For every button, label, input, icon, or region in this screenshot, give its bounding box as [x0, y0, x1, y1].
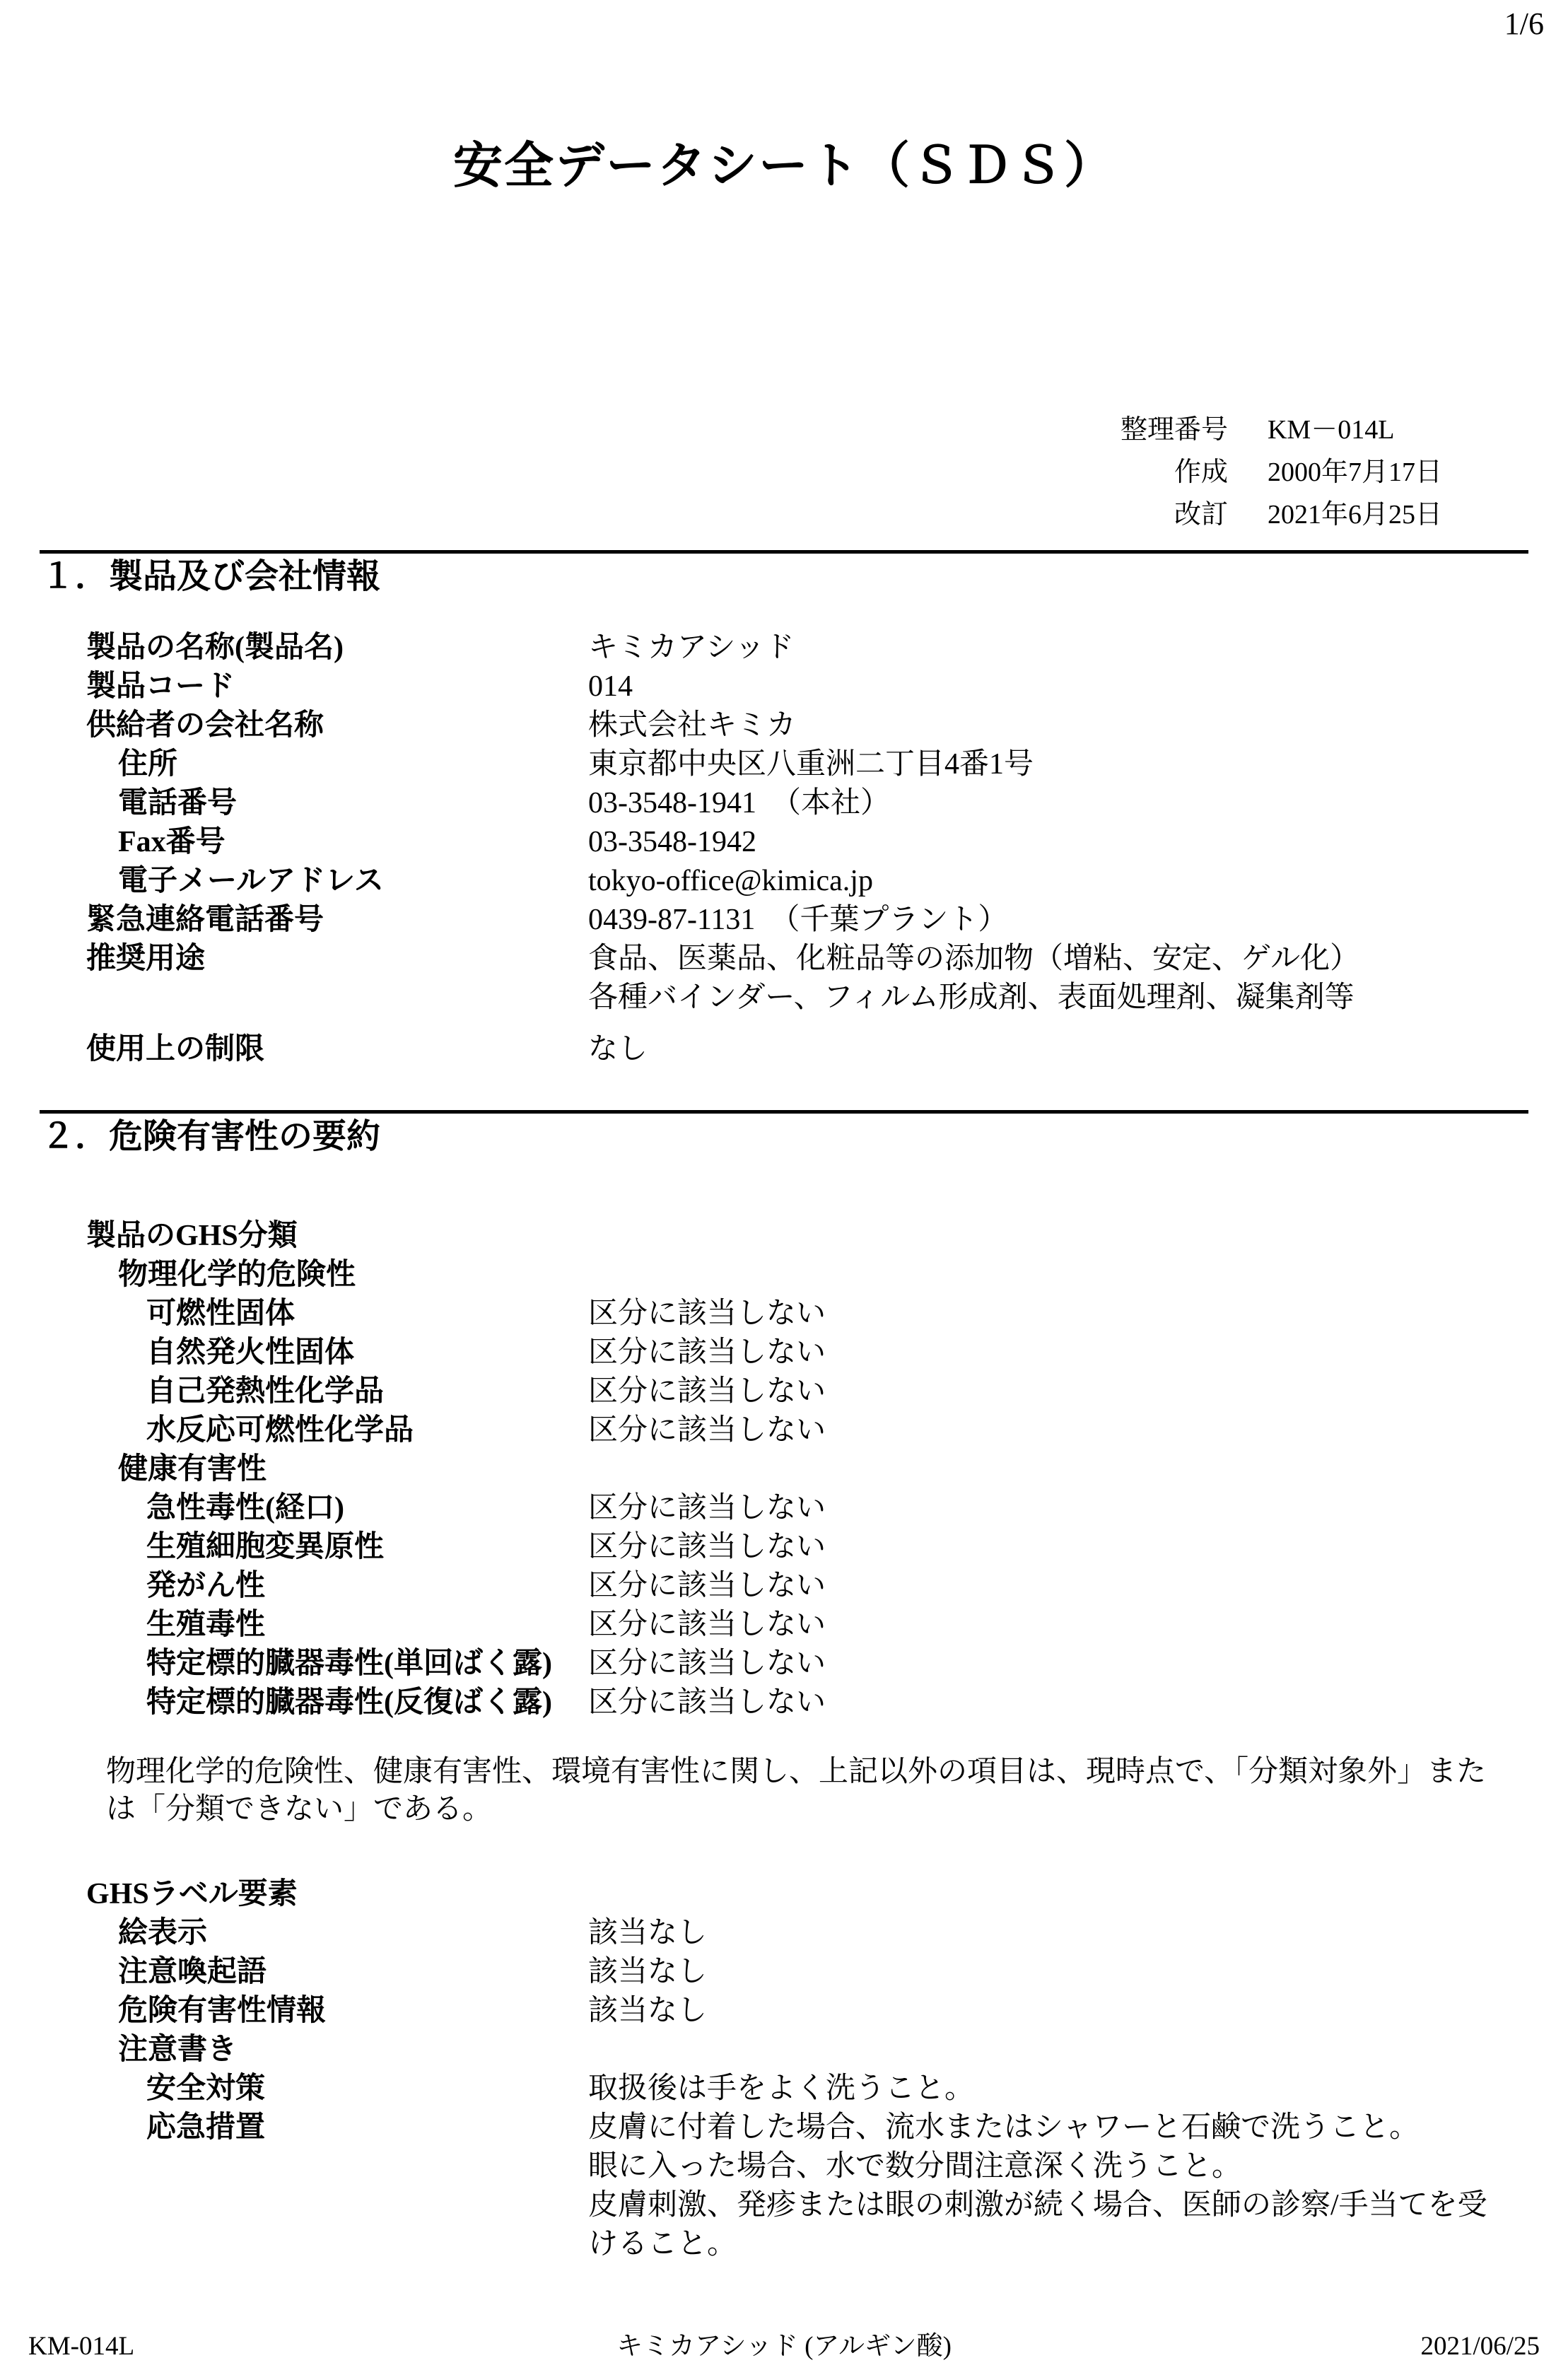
row-pyrophoric-solid: 自然発火性固体区分に該当しない	[0, 1333, 1568, 1372]
water-reactive-chemical-value: 区分に該当しない	[588, 1411, 1568, 1450]
row-carcinogenicity: 発がん性区分に該当しない	[0, 1567, 1568, 1606]
pictogram-value: 該当なし	[588, 1914, 1568, 1953]
email-label: 電子メールアドレス	[0, 862, 588, 901]
self-heating-chemical-value: 区分に該当しない	[588, 1372, 1568, 1411]
page-number: 1/6	[1504, 6, 1544, 42]
health-hazards-label: 健康有害性	[0, 1450, 588, 1489]
carcinogenicity-label: 発がん性	[0, 1567, 588, 1606]
fax-label: Fax番号	[0, 823, 588, 862]
row-flammable-solid: 可燃性固体区分に該当しない	[0, 1295, 1568, 1333]
stot-repeated-exposure-value-line: 区分に該当しない	[588, 1683, 1506, 1722]
section-1-rows: 製品の名称(製品名)キミカアシッド製品コード014供給者の会社名称株式会社キミカ…	[0, 629, 1568, 1069]
precautionary-statements-label: 注意書き	[0, 2031, 588, 2070]
acute-toxicity-oral-value: 区分に該当しない	[588, 1489, 1568, 1528]
recommended-use-value-line: 各種バインダー、フィルム形成剤、表面処理剤、凝集剤等	[588, 979, 1506, 1017]
meta-revised-label: 改訂	[1121, 494, 1228, 536]
phone-label: 電話番号	[0, 784, 588, 823]
reproductive-toxicity-label: 生殖毒性	[0, 1606, 588, 1645]
fax-value: 03-3548-1942	[588, 823, 1568, 862]
row-product-code: 製品コード014	[0, 667, 1568, 706]
row-address: 住所東京都中央区八重洲二丁目4番1号	[0, 745, 1568, 784]
row-water-reactive-chemical: 水反応可燃性化学品区分に該当しない	[0, 1411, 1568, 1450]
signal-word-value-line: 該当なし	[588, 1953, 1506, 1992]
row-prevention: 安全対策取扱後は手をよく洗うこと。	[0, 2070, 1568, 2108]
row-recommended-use: 推奨用途食品、医薬品、化粧品等の添加物（増粘、安定、ゲル化）各種バインダー、フィ…	[0, 940, 1568, 1017]
row-product-name: 製品の名称(製品名)キミカアシッド	[0, 629, 1568, 667]
document-meta-block: 整理番号 KM－014L 作成 2000年7月17日 改訂 2021年6月25日	[1121, 409, 1442, 536]
germ-cell-mutagenicity-value-line: 区分に該当しない	[588, 1528, 1506, 1567]
stot-single-exposure-value: 区分に該当しない	[588, 1645, 1568, 1683]
section-2-divider	[40, 1110, 1528, 1114]
self-heating-chemical-value-line: 区分に該当しない	[588, 1372, 1506, 1411]
acute-toxicity-oral-value-line: 区分に該当しない	[588, 1489, 1506, 1528]
ghs-label-elements-label: GHSラベル要素	[0, 1875, 588, 1914]
row-precautionary-statements: 注意書き	[0, 2031, 1568, 2070]
use-restrictions-value: なし	[588, 1030, 1568, 1069]
phone-value-line: 03-3548-1941 （本社）	[588, 784, 1506, 823]
prevention-label: 安全対策	[0, 2070, 588, 2108]
meta-created-value: 2000年7月17日	[1268, 451, 1442, 494]
health-hazards-value	[588, 1450, 1568, 1489]
stot-single-exposure-label: 特定標的臓器毒性(単回ばく露)	[0, 1645, 588, 1683]
row-first-aid: 応急措置皮膚に付着した場合、流水またはシャワーと石鹸で洗うこと。眼に入った場合、…	[0, 2108, 1568, 2264]
row-reproductive-toxicity: 生殖毒性区分に該当しない	[0, 1606, 1568, 1645]
reproductive-toxicity-value: 区分に該当しない	[588, 1606, 1568, 1645]
row-ghs-classification: 製品のGHS分類	[0, 1217, 1568, 1256]
row-pictogram: 絵表示該当なし	[0, 1914, 1568, 1953]
carcinogenicity-value-line: 区分に該当しない	[588, 1567, 1506, 1606]
physchem-hazards-label: 物理化学的危険性	[0, 1256, 588, 1295]
meta-doc-number-label: 整理番号	[1121, 409, 1228, 451]
product-code-value: 014	[588, 667, 1568, 706]
recommended-use-label: 推奨用途	[0, 940, 588, 1017]
physchem-hazards-value	[588, 1256, 1568, 1295]
row-stot-single-exposure: 特定標的臓器毒性(単回ばく露)区分に該当しない	[0, 1645, 1568, 1683]
footer-product-name: キミカアシッド (アルギン酸)	[616, 2330, 952, 2363]
water-reactive-chemical-label: 水反応可燃性化学品	[0, 1411, 588, 1450]
first-aid-value-line: 眼に入った場合、水で数分間注意深く洗うこと。	[588, 2147, 1506, 2186]
section-1-heading: １．製品及び会社情報	[41, 556, 1568, 597]
row-germ-cell-mutagenicity: 生殖細胞変異原性区分に該当しない	[0, 1528, 1568, 1567]
row-hazard-statement: 危険有害性情報該当なし	[0, 1992, 1568, 2031]
hazard-statement-label: 危険有害性情報	[0, 1992, 588, 2031]
phone-value: 03-3548-1941 （本社）	[588, 784, 1568, 823]
pyrophoric-solid-value-line: 区分に該当しない	[588, 1333, 1506, 1372]
ghs-label-elements-value	[588, 1875, 1568, 1914]
row-fax: Fax番号03-3548-1942	[0, 823, 1568, 862]
row-emergency-phone: 緊急連絡電話番号0439-87-1131 （千葉プラント）	[0, 901, 1568, 940]
water-reactive-chemical-value-line: 区分に該当しない	[588, 1411, 1506, 1450]
prevention-value-line: 取扱後は手をよく洗うこと。	[588, 2070, 1506, 2108]
ghs-classification-note: 物理化学的危険性、健康有害性、環境有害性に関し、上記以外の項目は、現時点で、「分…	[0, 1753, 1568, 1828]
row-acute-toxicity-oral: 急性毒性(経口)区分に該当しない	[0, 1489, 1568, 1528]
section-2-ghs-label-rows: GHSラベル要素絵表示該当なし注意喚起語該当なし危険有害性情報該当なし注意書き安…	[0, 1875, 1568, 2264]
ghs-classification-value	[588, 1217, 1568, 1256]
emergency-phone-label: 緊急連絡電話番号	[0, 901, 588, 940]
row-stot-repeated-exposure: 特定標的臓器毒性(反復ばく露)区分に該当しない	[0, 1683, 1568, 1722]
page-footer: KM-014L キミカアシッド (アルギン酸) 2021/06/25	[28, 2330, 1540, 2363]
section-2-heading: ２．危険有害性の要約	[41, 1116, 1568, 1157]
use-restrictions-label: 使用上の制限	[0, 1030, 588, 1069]
email-value: tokyo-office@kimica.jp	[588, 862, 1568, 901]
product-name-label: 製品の名称(製品名)	[0, 629, 588, 667]
first-aid-value-line: 皮膚刺激、発疹または眼の刺激が続く場合、医師の診察/手当てを受けること。	[588, 2186, 1506, 2264]
first-aid-value-line: 皮膚に付着した場合、流水またはシャワーと石鹸で洗うこと。	[588, 2108, 1506, 2147]
product-name-value: キミカアシッド	[588, 629, 1568, 667]
flammable-solid-value-line: 区分に該当しない	[588, 1295, 1506, 1333]
row-signal-word: 注意喚起語該当なし	[0, 1953, 1568, 1992]
section-1-divider	[40, 550, 1528, 554]
pictogram-label: 絵表示	[0, 1914, 588, 1953]
carcinogenicity-value: 区分に該当しない	[588, 1567, 1568, 1606]
prevention-value: 取扱後は手をよく洗うこと。	[588, 2070, 1568, 2108]
germ-cell-mutagenicity-value: 区分に該当しない	[588, 1528, 1568, 1567]
address-label: 住所	[0, 745, 588, 784]
product-code-value-line: 014	[588, 667, 1506, 706]
sds-document-page: 1/6 安全データシート（ＳＤＳ） 整理番号 KM－014L 作成 2000年7…	[0, 0, 1568, 2370]
self-heating-chemical-label: 自己発熱性化学品	[0, 1372, 588, 1411]
address-value: 東京都中央区八重洲二丁目4番1号	[588, 745, 1568, 784]
document-title: 安全データシート（ＳＤＳ）	[0, 0, 1568, 197]
product-code-label: 製品コード	[0, 667, 588, 706]
precautionary-statements-value	[588, 2031, 1568, 2070]
first-aid-label: 応急措置	[0, 2108, 588, 2264]
ghs-classification-label: 製品のGHS分類	[0, 1217, 588, 1256]
row-self-heating-chemical: 自己発熱性化学品区分に該当しない	[0, 1372, 1568, 1411]
recommended-use-value: 食品、医薬品、化粧品等の添加物（増粘、安定、ゲル化）各種バインダー、フィルム形成…	[588, 940, 1568, 1017]
stot-repeated-exposure-label: 特定標的臓器毒性(反復ばく露)	[0, 1683, 588, 1722]
recommended-use-value-line: 食品、医薬品、化粧品等の添加物（増粘、安定、ゲル化）	[588, 940, 1506, 979]
supplier-name-value-line: 株式会社キミカ	[588, 706, 1506, 745]
stot-single-exposure-value-line: 区分に該当しない	[588, 1645, 1506, 1683]
pyrophoric-solid-label: 自然発火性固体	[0, 1333, 588, 1372]
section-2-ghs-classification-rows: 製品のGHS分類物理化学的危険性可燃性固体区分に該当しない自然発火性固体区分に該…	[0, 1217, 1568, 1722]
email-value-line: tokyo-office@kimica.jp	[588, 862, 1506, 901]
address-value-line: 東京都中央区八重洲二丁目4番1号	[588, 745, 1506, 784]
supplier-name-label: 供給者の会社名称	[0, 706, 588, 745]
hazard-statement-value-line: 該当なし	[588, 1992, 1506, 2031]
emergency-phone-value-line: 0439-87-1131 （千葉プラント）	[588, 901, 1506, 940]
stot-repeated-exposure-value: 区分に該当しない	[588, 1683, 1568, 1722]
row-email: 電子メールアドレスtokyo-office@kimica.jp	[0, 862, 1568, 901]
pyrophoric-solid-value: 区分に該当しない	[588, 1333, 1568, 1372]
footer-doc-number: KM-014L	[28, 2330, 616, 2363]
row-use-restrictions: 使用上の制限なし	[0, 1030, 1568, 1069]
hazard-statement-value: 該当なし	[588, 1992, 1568, 2031]
pictogram-value-line: 該当なし	[588, 1914, 1506, 1953]
row-physchem-hazards: 物理化学的危険性	[0, 1256, 1568, 1295]
meta-revised-value: 2021年6月25日	[1268, 494, 1442, 536]
signal-word-label: 注意喚起語	[0, 1953, 588, 1992]
meta-doc-number-value: KM－014L	[1268, 409, 1442, 451]
meta-created-label: 作成	[1121, 451, 1228, 494]
germ-cell-mutagenicity-label: 生殖細胞変異原性	[0, 1528, 588, 1567]
acute-toxicity-oral-label: 急性毒性(経口)	[0, 1489, 588, 1528]
flammable-solid-label: 可燃性固体	[0, 1295, 588, 1333]
signal-word-value: 該当なし	[588, 1953, 1568, 1992]
product-name-value-line: キミカアシッド	[588, 629, 1506, 667]
first-aid-value: 皮膚に付着した場合、流水またはシャワーと石鹸で洗うこと。眼に入った場合、水で数分…	[588, 2108, 1568, 2264]
row-ghs-label-elements: GHSラベル要素	[0, 1875, 1568, 1914]
use-restrictions-value-line: なし	[588, 1030, 1506, 1069]
row-supplier-name: 供給者の会社名称株式会社キミカ	[0, 706, 1568, 745]
row-health-hazards: 健康有害性	[0, 1450, 1568, 1489]
flammable-solid-value: 区分に該当しない	[588, 1295, 1568, 1333]
emergency-phone-value: 0439-87-1131 （千葉プラント）	[588, 901, 1568, 940]
supplier-name-value: 株式会社キミカ	[588, 706, 1568, 745]
row-phone: 電話番号03-3548-1941 （本社）	[0, 784, 1568, 823]
fax-value-line: 03-3548-1942	[588, 823, 1506, 862]
reproductive-toxicity-value-line: 区分に該当しない	[588, 1606, 1506, 1645]
footer-date: 2021/06/25	[952, 2330, 1540, 2363]
